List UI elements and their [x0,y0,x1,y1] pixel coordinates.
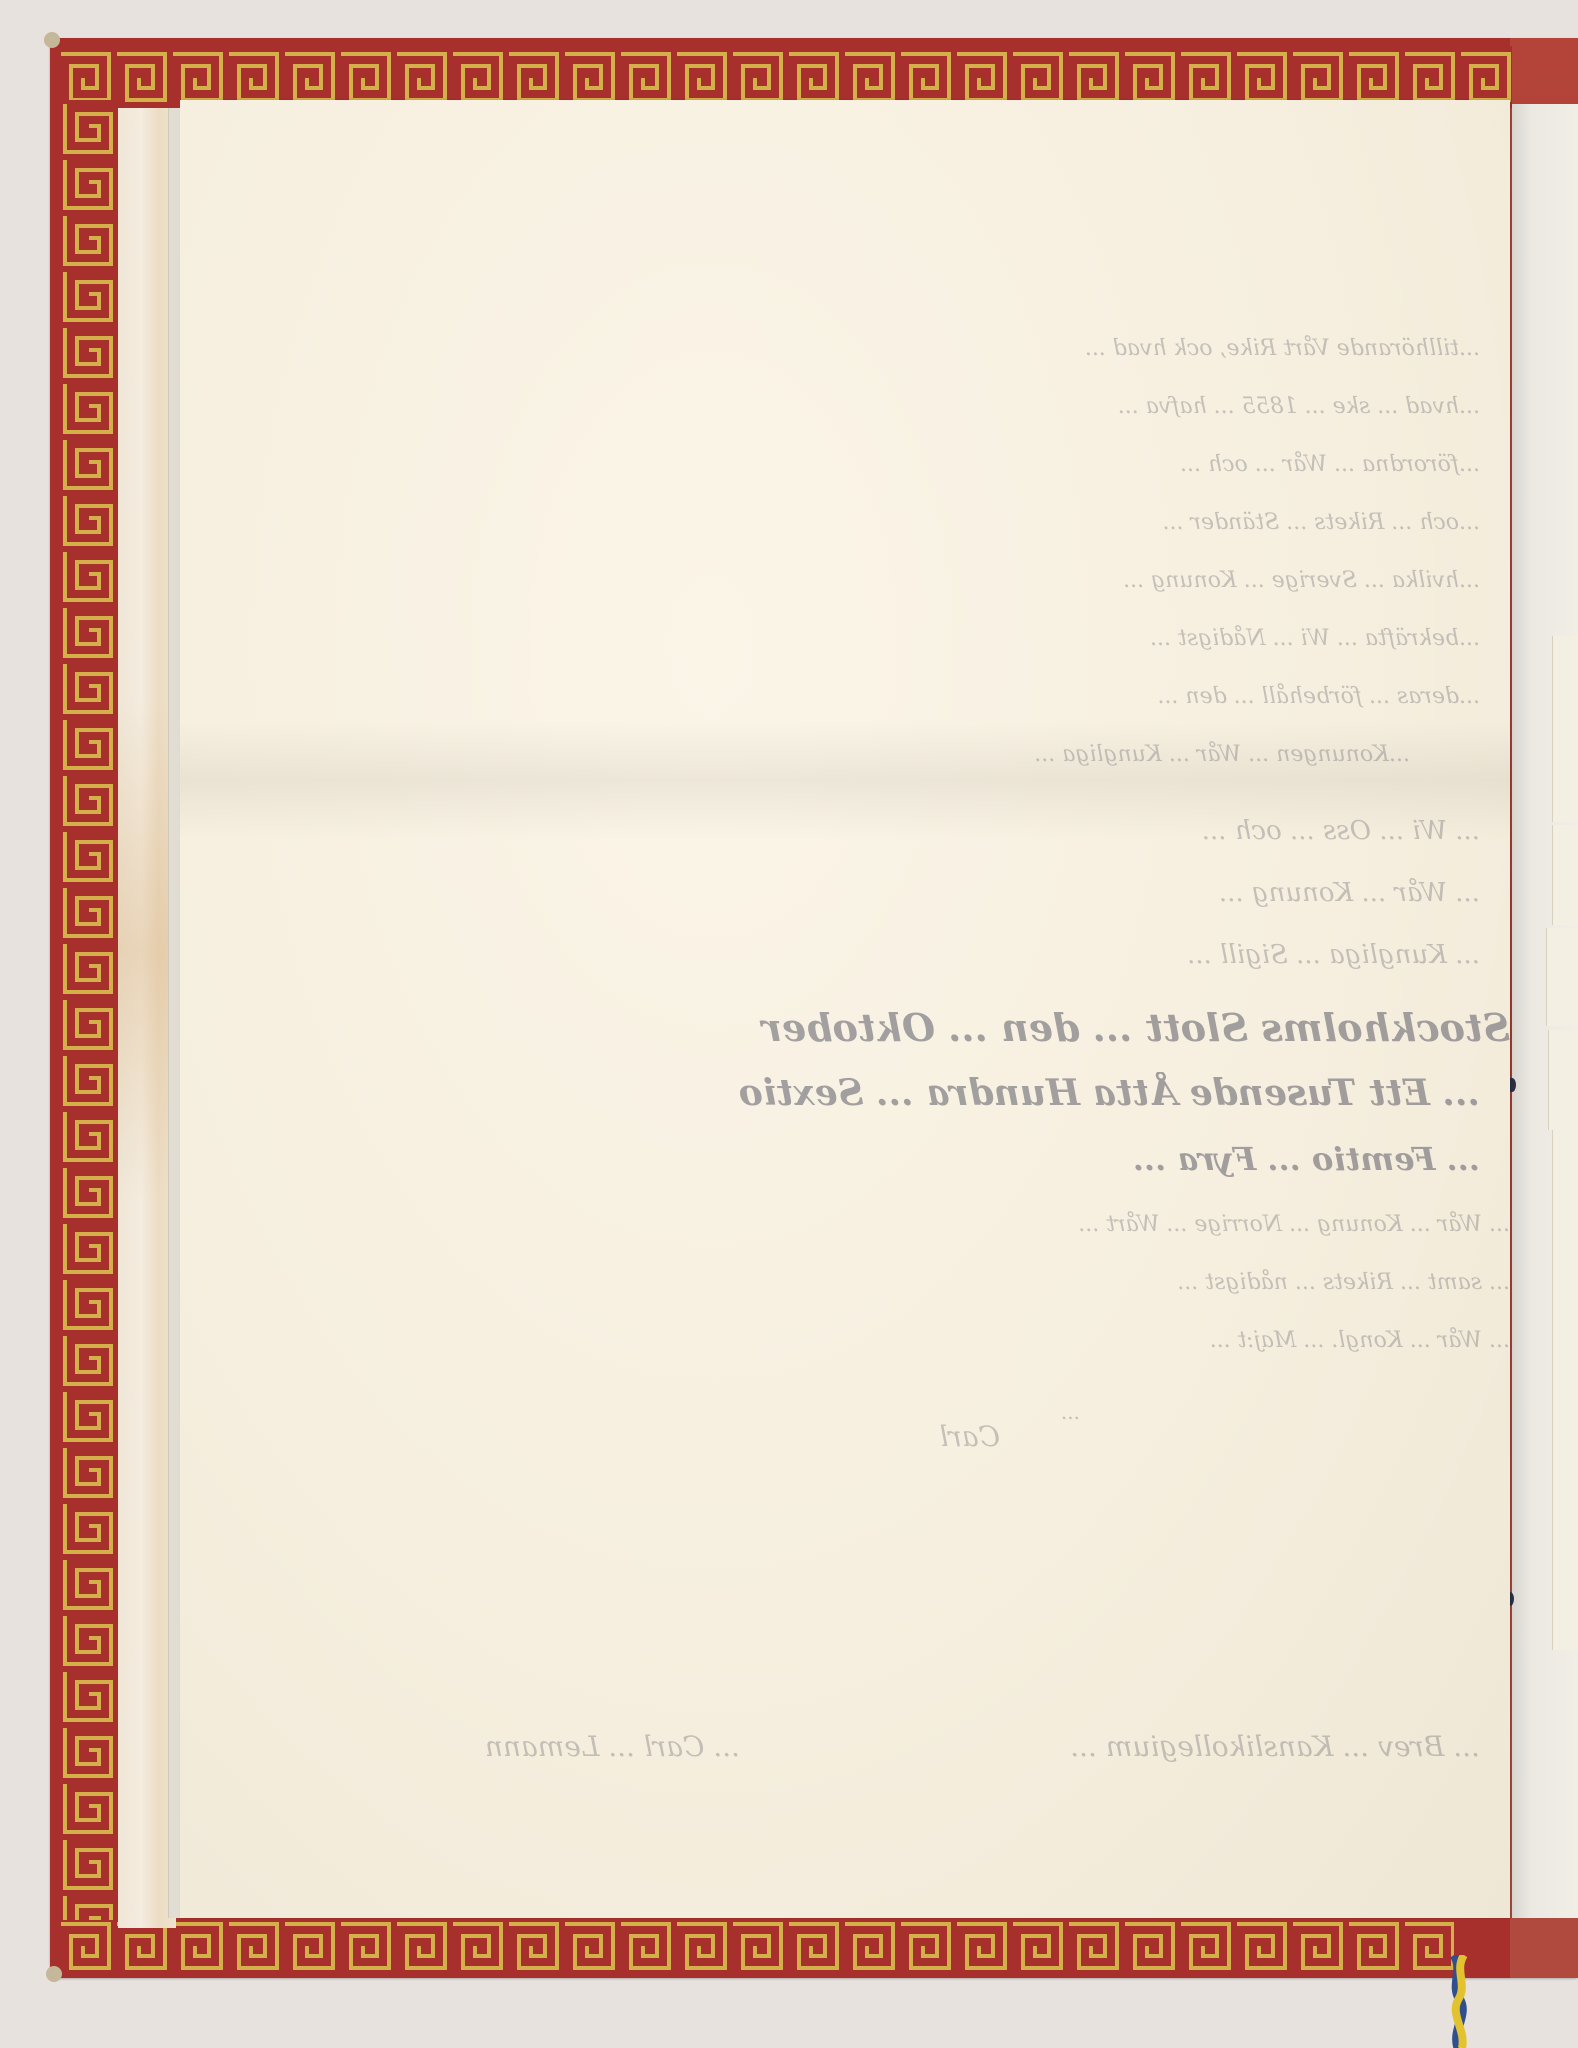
inserted-slip-2 [1552,825,1578,925]
text-line-bold: ... Femtio ... Fyra ... [780,1140,1480,1178]
inserted-slip-1 [1552,636,1578,822]
greek-key-border-top [57,46,1512,108]
mirrored-bleed-through-text: ...tillhörande Vårt Rike, ock hvad ... .… [180,100,1510,1918]
text-line: ... Wår ... Konung ... [510,878,1480,908]
text-line-bold: Stockholms Slott ... den ... Oktober [510,1005,1510,1050]
corner-wear-top-left [44,32,60,48]
greek-key-border-left [57,100,119,1920]
text-line: ...bekräfta ... Wi ... Nådigst ... [510,626,1480,651]
text-line: ...hvad ... ske ... 1855 ... hafva ... [510,394,1480,419]
text-line: ...förordna ... Wår ... och ... [510,452,1480,477]
text-line: ...och ... Rikets ... Ständer ... [510,510,1480,535]
manuscript-leaf: ...tillhörande Vårt Rike, ock hvad ... .… [180,100,1510,1918]
text-line-bold: ... Ett Tusende Åtta Hundra ... Sextio [510,1072,1480,1114]
signature-line-left: ... Brev ... Kanslikollegium ... [780,1730,1480,1763]
text-line: ...tillhörande Vårt Rike, ock hvad ... [610,336,1480,361]
text-line: ...deras ... förbehåll ... den ... [510,684,1480,709]
text-line: ... Wår ... Kongl. ... Maj:t ... [280,1328,1510,1353]
text-line: ... Wår ... Konung ... Norrige ... Wårt … [280,1212,1510,1237]
inserted-slip-3 [1546,928,1578,1026]
text-line: ...hvilka ... Sverige ... Konung ... [510,568,1480,593]
text-line: ... samt ... Rikets ... nådigst ... [280,1270,1510,1295]
leaf-fold-shadow [180,720,1510,840]
greek-key-border-bottom [57,1918,1454,1974]
corner-wear-bottom-left [46,1966,62,1982]
inserted-slip-5 [1552,1130,1578,1650]
inserted-slip-4 [1548,1030,1578,1130]
text-line: ... Kungliga ... Sigill ... [510,940,1480,970]
text-line: Carl [800,1420,1000,1453]
bookmark-ribbon [1448,1955,1472,2048]
signature-line-right: ... Carl ... Lemann [380,1730,740,1763]
